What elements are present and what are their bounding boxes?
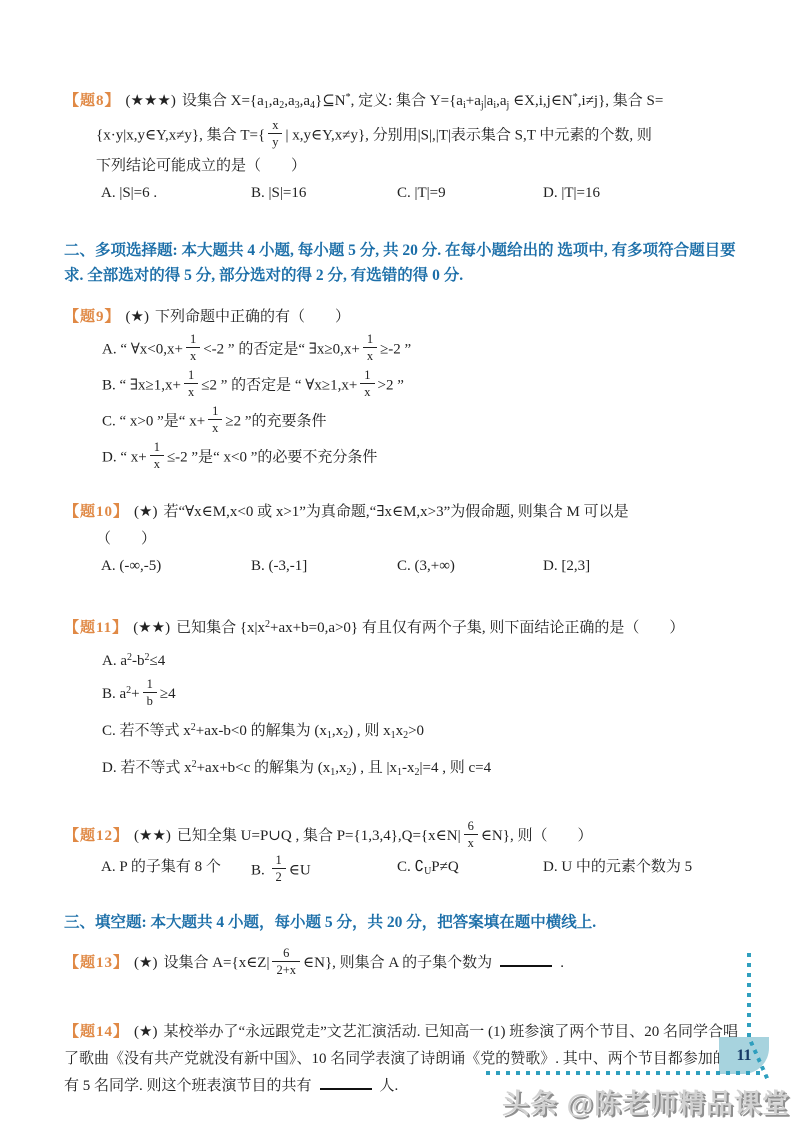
question-12-option-a: A. P 的子集有 8 个: [101, 854, 251, 881]
question-10: 【题10】(★)若“∀x∈M,x<0 或 x>1”为真命题,“∃x∈M,x>3”…: [64, 499, 740, 580]
question-10-option-c: C. (3,+∞): [397, 553, 543, 580]
question-13-text: 设集合 A={x∈Z|62+x∈N}, 则集合 A 的子集个数为.: [163, 955, 563, 971]
question-12-options: A. P 的子集有 8 个 B. 12∈U C. ∁UP≠Q D. U 中的元素…: [96, 854, 740, 888]
vertical-dotted-divider: [747, 953, 751, 1037]
exam-page: 【题8】(★★★)设集合 X={a1,a2,a3,a4}⊆N*, 定义: 集合 …: [0, 0, 794, 1123]
question-8-text-line3: 下列结论可能成立的是（ ）: [96, 153, 740, 180]
page-number: 11: [736, 1047, 751, 1064]
question-8-option-d: D. |T|=16: [543, 180, 740, 207]
question-10-text-line2: （ ）: [96, 526, 740, 553]
question-9-label: 【题9】: [64, 309, 121, 325]
question-11-text: 已知集合 {x|x2+ax+b=0,a>0} 有且仅有两个子集, 则下面结论正确…: [176, 620, 684, 636]
question-11-option-a: A. a2-b2≤4: [102, 644, 740, 675]
section-2-header: 二、多项选择题: 本大题共 4 小题, 每小题 5 分, 共 20 分. 在每小…: [64, 238, 740, 288]
question-9-difficulty: (★): [126, 309, 149, 325]
question-10-option-a: A. (-∞,-5): [101, 553, 251, 580]
question-8-options: A. |S|=6 . B. |S|=16 C. |T|=9 D. |T|=16: [96, 180, 740, 207]
exam-content: 【题8】(★★★)设集合 X={a1,a2,a3,a4}⊆N*, 定义: 集合 …: [64, 84, 740, 1100]
question-12-option-d: D. U 中的元素个数为 5: [543, 854, 740, 881]
question-8-difficulty: (★★★): [126, 93, 176, 109]
question-12-option-b: B. 12∈U: [251, 854, 397, 888]
section-3-header: 三、填空题: 本大题共 4 小题，每小题 5 分，共 20 分，把答案填在题中横…: [64, 910, 740, 935]
question-13: 【题13】(★)设集合 A={x∈Z|62+x∈N}, 则集合 A 的子集个数为…: [64, 947, 740, 981]
watermark-text: 头条 @陈老师精品课堂: [502, 1082, 790, 1121]
question-10-difficulty: (★): [134, 504, 157, 520]
question-9-option-a: A. “ ∀x<0,x+1x<-2 ” 的否定是“ ∃x≥0,x+1x≥-2 ”: [102, 333, 740, 367]
question-11-option-c: C. 若不等式 x2+ax-b<0 的解集为 (x1,x2) , 则 x1x2>…: [102, 714, 740, 749]
question-8-option-c: C. |T|=9: [397, 180, 543, 207]
question-9-option-d: D. “ x+1x≤-2 ”是“ x<0 ”的必要不充分条件: [102, 441, 740, 475]
question-13-label: 【题13】: [64, 955, 129, 971]
question-12-text: 已知全集 U=P∪Q , 集合 P={1,3,4},Q={x∈N|6x∈N}, …: [177, 828, 593, 844]
question-12-option-c: C. ∁UP≠Q: [397, 854, 543, 885]
question-9-option-b: B. “ ∃x≥1,x+1x≤2 ” 的否定是 “ ∀x≥1,x+1x>2 ”: [102, 369, 740, 403]
question-8-option-b: B. |S|=16: [251, 180, 397, 207]
question-13-difficulty: (★): [134, 955, 157, 971]
question-8-text-line2: {x·y|x,y∈Y,x≠y}, 集合 T={xy| x,y∈Y,x≠y}, 分…: [96, 119, 740, 153]
question-12: 【题12】(★★)已知全集 U=P∪Q , 集合 P={1,3,4},Q={x∈…: [64, 820, 740, 888]
question-10-label: 【题10】: [64, 504, 129, 520]
question-14-difficulty: (★): [134, 1024, 157, 1040]
question-8-label: 【题8】: [64, 93, 121, 109]
question-8-option-a: A. |S|=6 .: [101, 180, 251, 207]
question-10-option-d: D. [2,3]: [543, 553, 740, 580]
question-9-option-c: C. “ x>0 ”是“ x+1x≥2 ”的充要条件: [102, 405, 740, 439]
question-10-options: A. (-∞,-5) B. (-3,-1] C. (3,+∞) D. [2,3]: [96, 553, 740, 580]
question-11: 【题11】(★★)已知集合 {x|x2+ax+b=0,a>0} 有且仅有两个子集…: [64, 611, 740, 786]
question-11-difficulty: (★★): [133, 620, 170, 636]
question-8-text-line1: 设集合 X={a1,a2,a3,a4}⊆N*, 定义: 集合 Y={ai+aj|…: [182, 93, 664, 109]
question-12-difficulty: (★★): [134, 828, 171, 844]
question-10-option-b: B. (-3,-1]: [251, 553, 397, 580]
question-11-option-b: B. a2+1b≥4: [102, 677, 740, 712]
horizontal-dotted-divider: [486, 1071, 764, 1075]
question-11-label: 【题11】: [64, 620, 128, 636]
question-14-label: 【题14】: [64, 1024, 129, 1040]
question-12-label: 【题12】: [64, 828, 129, 844]
question-9: 【题9】(★)下列命题中正确的有（ ） A. “ ∀x<0,x+1x<-2 ” …: [64, 304, 740, 475]
question-11-option-d: D. 若不等式 x2+ax+b<c 的解集为 (x1,x2) , 且 |x1-x…: [102, 751, 740, 786]
question-10-text-line1: 若“∀x∈M,x<0 或 x>1”为真命题,“∃x∈M,x>3”为假命题, 则集…: [163, 504, 628, 520]
question-8: 【题8】(★★★)设集合 X={a1,a2,a3,a4}⊆N*, 定义: 集合 …: [64, 84, 740, 207]
question-9-text: 下列命题中正确的有（ ）: [155, 309, 350, 325]
